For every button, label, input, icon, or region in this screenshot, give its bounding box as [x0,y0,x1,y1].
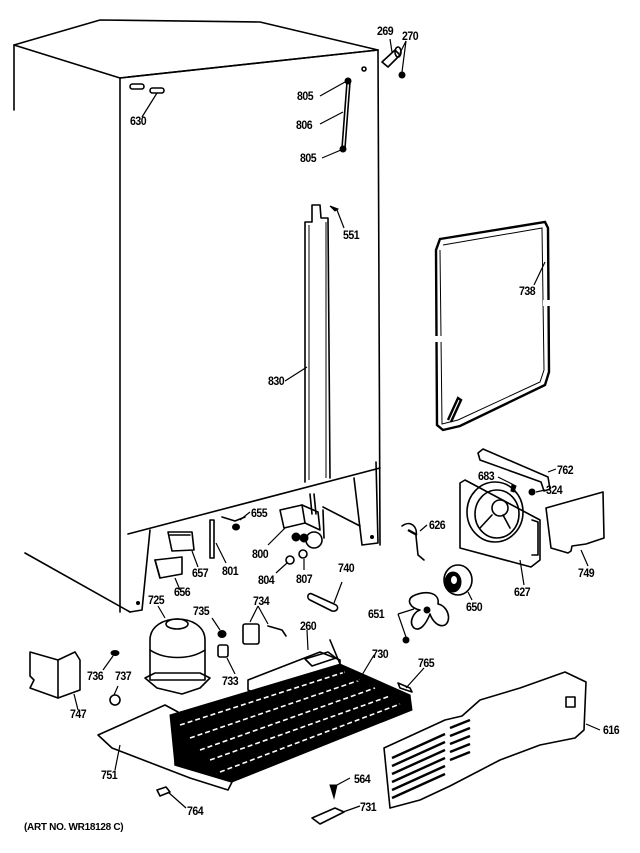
part-label: 805 [300,152,316,164]
hinge-269-270-icon [382,39,406,78]
screw-564-icon [330,778,350,798]
bracket-747-icon [30,652,80,710]
part-label: 725 [148,594,164,606]
part-label: 627 [514,586,530,598]
screw-551-icon [330,206,344,228]
part-label: 764 [187,805,203,817]
part-label: 807 [296,573,312,585]
clamp-655-icon [222,512,250,530]
water-tube-806-icon [320,78,351,158]
part-label: 737 [115,670,131,682]
part-label: 734 [253,595,269,607]
part-label: 650 [466,601,482,613]
fan-blade-651-icon [398,593,449,643]
harness-626-icon [402,524,427,560]
clip-765-icon [398,668,424,692]
grommet-735-icon [212,618,226,638]
part-label: 630 [130,115,146,127]
part-label: 655 [251,507,267,519]
part-label: 747 [70,708,86,720]
part-label: 616 [603,724,619,736]
part-label: 800 [252,548,268,560]
part-label: 657 [192,567,208,579]
water-valve-800-icon [268,494,324,548]
fitting-807-icon [299,550,307,570]
compressor-725-icon [145,606,210,694]
part-label: 805 [297,90,313,102]
grommet-324-icon [529,489,545,495]
tube-801-icon [210,520,226,563]
part-label: 270 [402,30,418,42]
part-label: 651 [368,608,384,620]
bracket-657-icon [168,532,198,567]
art-number-caption: (ART NO. WR18128 C) [24,822,123,833]
part-label: 830 [268,375,284,387]
fan-shroud-627-icon [460,480,540,585]
bracket-731-icon [312,806,360,824]
part-label: 269 [377,25,393,37]
capacitor-733-icon [218,645,235,674]
part-label: 736 [87,670,103,682]
part-label: 735 [193,605,209,617]
leg-bracket-icon [323,462,378,545]
part-label: 656 [174,586,190,598]
nut-804-icon [276,556,294,573]
condenser-730-icon [170,640,412,782]
part-label: 260 [300,620,316,632]
part-label: 762 [557,464,573,476]
clip-630-icon [130,84,164,117]
cabinet-outline [14,20,380,612]
exploded-parts-diagram [0,0,640,853]
part-label: 683 [478,470,494,482]
part-label: 749 [578,567,594,579]
heater-loop-738-icon [430,222,557,430]
clip-764-icon [157,787,186,808]
fan-motor-650-icon [444,565,472,600]
cover-749-icon [546,492,604,566]
part-label: 564 [354,773,370,785]
part-label: 804 [258,574,274,586]
part-label: 751 [101,769,117,781]
part-label: 740 [338,562,354,574]
grommet-737-icon [110,686,120,705]
drain-tube-740-icon [308,582,342,611]
toe-grille-616-icon [384,672,600,808]
part-label: 733 [222,675,238,687]
part-label: 730 [372,648,388,660]
part-label: 765 [418,657,434,669]
part-label: 738 [519,285,535,297]
part-label: 801 [222,565,238,577]
part-label: 806 [296,119,312,131]
part-label: 324 [546,484,562,496]
hole-icon [362,67,366,71]
part-label: 626 [429,519,445,531]
part-label: 551 [343,229,359,241]
channel-830-icon [285,205,330,482]
washer-736-icon [103,651,119,671]
relay-734-icon [243,606,286,644]
part-label: 731 [360,801,376,813]
